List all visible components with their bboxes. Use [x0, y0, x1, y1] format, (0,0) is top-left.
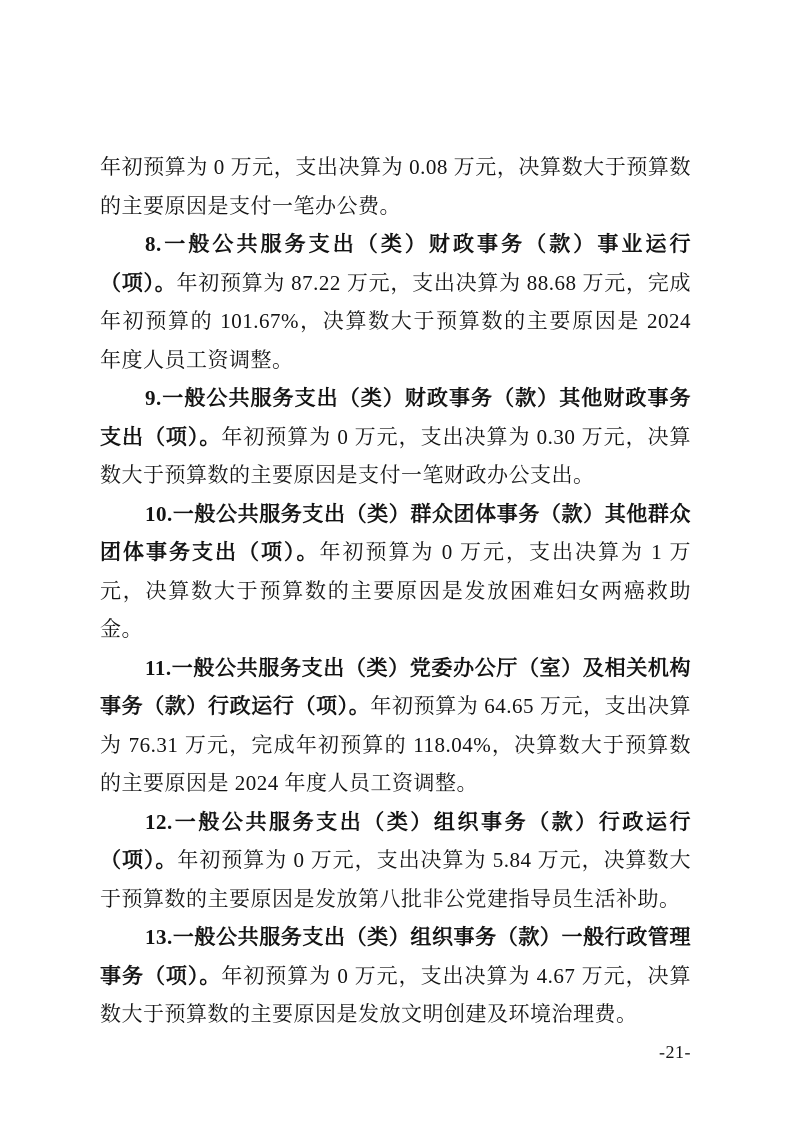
paragraph-continuation: 年初预算为 0 万元，支出决算为 0.08 万元，决算数大于预算数的主要原因是支… [100, 148, 691, 225]
paragraph-item-13: 13.一般公共服务支出（类）组织事务（款）一般行政管理事务（项）。年初预算为 0… [100, 918, 691, 1034]
paragraph-body: 年初预算为 0 万元，支出决算为 0.08 万元，决算数大于预算数的主要原因是支… [100, 155, 691, 218]
document-body: 年初预算为 0 万元，支出决算为 0.08 万元，决算数大于预算数的主要原因是支… [100, 148, 691, 1064]
paragraph-item-9: 9.一般公共服务支出（类）财政事务（款）其他财政事务支出（项）。年初预算为 0 … [100, 379, 691, 495]
paragraph-body: 年初预算为 87.22 万元，支出决算为 88.68 万元，完成年初预算的 10… [100, 271, 691, 372]
document-page: 年初预算为 0 万元，支出决算为 0.08 万元，决算数大于预算数的主要原因是支… [0, 0, 793, 1122]
paragraph-item-10: 10.一般公共服务支出（类）群众团体事务（款）其他群众团体事务支出（项）。年初预… [100, 495, 691, 649]
paragraph-body: 年初预算为 0 万元，支出决算为 5.84 万元，决算数大于预算数的主要原因是发… [100, 848, 691, 911]
paragraph-item-8: 8.一般公共服务支出（类）财政事务（款）事业运行（项）。年初预算为 87.22 … [100, 225, 691, 379]
page-number: -21- [100, 1040, 691, 1064]
paragraph-item-11: 11.一般公共服务支出（类）党委办公厅（室）及相关机构事务（款）行政运行（项）。… [100, 649, 691, 803]
paragraph-item-12: 12.一般公共服务支出（类）组织事务（款）行政运行（项）。年初预算为 0 万元，… [100, 803, 691, 919]
